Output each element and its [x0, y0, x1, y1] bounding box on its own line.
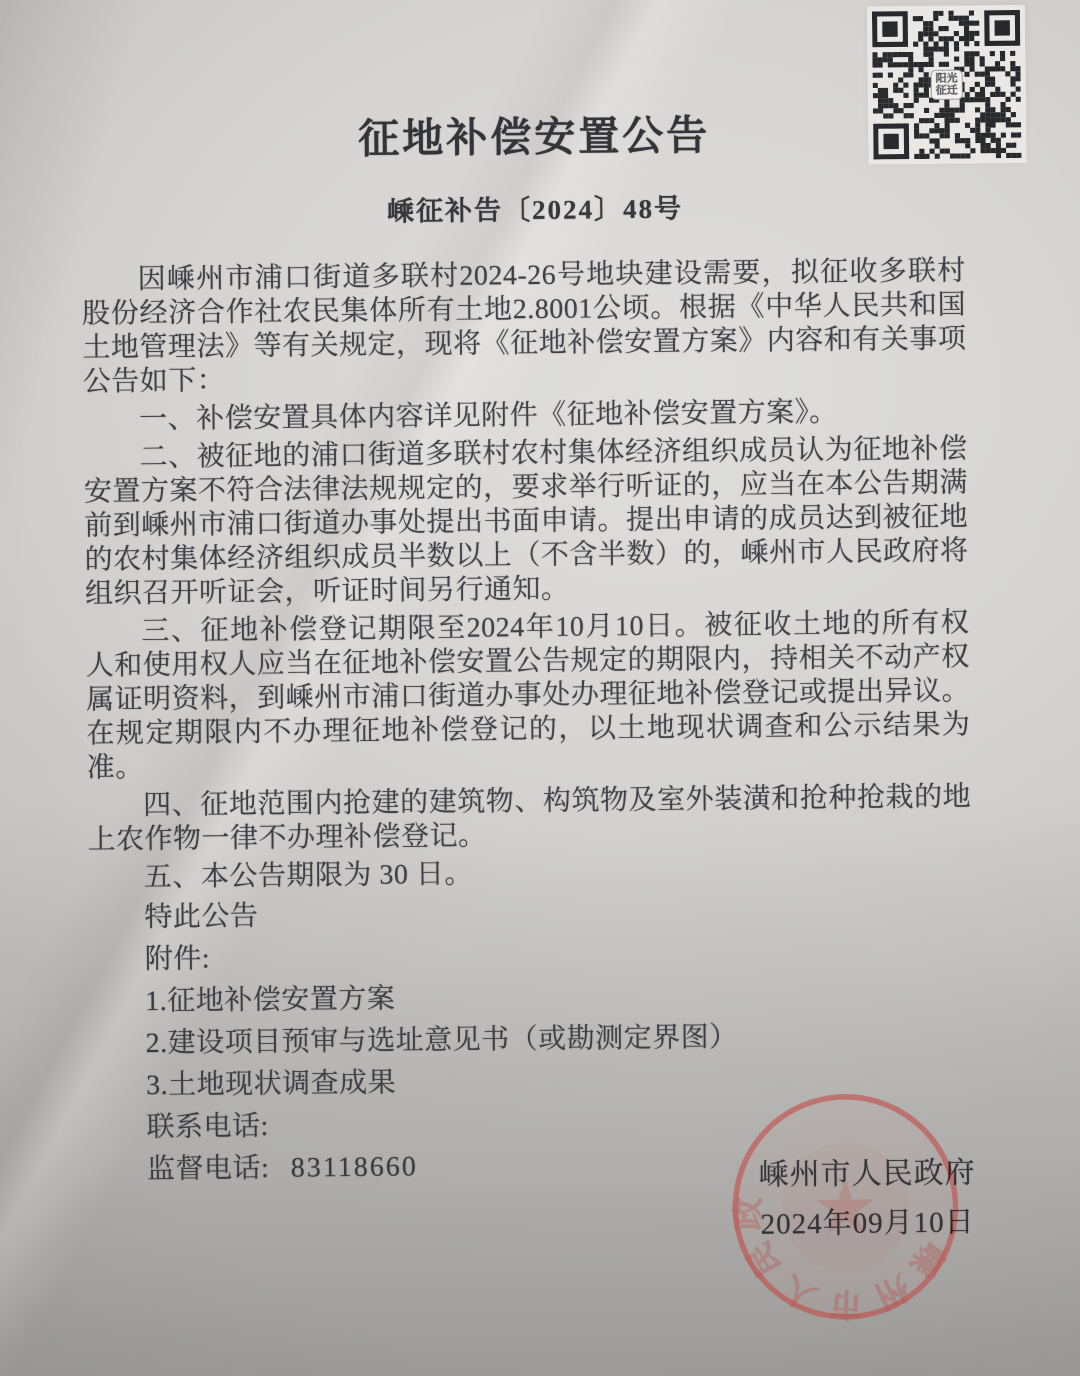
paragraph-item-1: 一、补偿安置具体内容详见附件《征地补偿安置方案》。	[83, 395, 967, 438]
qr-badge-line2: 征迁	[936, 85, 958, 97]
attachment-item: 1.征地补偿安置方案	[89, 974, 973, 1021]
qr-code: 阳光 征迁	[867, 5, 1027, 165]
document-number: 嵊征补告〔2024〕48号	[0, 182, 1075, 232]
issue-date: 2024年09月10日	[747, 1199, 987, 1243]
closing-line: 特此公告	[88, 890, 972, 937]
paragraph-intro: 因嵊州市浦口街道多联村2024-26号地块建设需要，拟征收多联村股份经济合作社农…	[82, 255, 967, 400]
document-body: 因嵊州市浦口街道多联村2024-26号地块建设需要，拟征收多联村股份经济合作社农…	[82, 255, 976, 1190]
supervision-phone-label: 监督电话:	[147, 1153, 270, 1185]
paragraph-item-4: 四、征地范围内抢建的建筑物、构筑物及室外装潢和抢种抢栽的地上农作物一律不办理补偿…	[87, 780, 972, 857]
supervision-phone-number: 83118660	[291, 1151, 418, 1183]
announcement-sheet: 阳光 征迁 征地补偿安置公告 嵊征补告〔2024〕48号 因嵊州市浦口街道多联村…	[0, 0, 1080, 1376]
qr-badge-line1: 阳光	[936, 73, 958, 85]
attachment-item: 3.土地现状调查成果	[90, 1058, 974, 1105]
qr-center-badge: 阳光 征迁	[931, 70, 963, 100]
contact-phone-line: 联系电话:	[90, 1100, 974, 1147]
paragraph-item-3: 三、征地补偿登记期限至2024年10月10日。被征收土地的所有权人和使用权人应当…	[85, 607, 971, 786]
document-photo: 阳光 征迁 征地补偿安置公告 嵊征补告〔2024〕48号 因嵊州市浦口街道多联村…	[0, 0, 1080, 1376]
attachment-item: 2.建设项目预审与选址意见书（或勘测定界图）	[90, 1016, 974, 1063]
contact-phone-label: 联系电话:	[146, 1111, 269, 1143]
issuer-name: 嵊州市人民政府	[747, 1147, 987, 1194]
paragraph-item-5: 五、本公告期限为 30 日。	[88, 852, 972, 895]
signature-block: 嵊州市人民政府 2024年09月10日	[747, 1147, 988, 1243]
attachments-label: 附件:	[89, 932, 973, 979]
paragraph-item-2: 二、被征地的浦口街道多联村农村集体经济组织成员认为征地补偿安置方案不符合法律法规…	[83, 433, 969, 612]
